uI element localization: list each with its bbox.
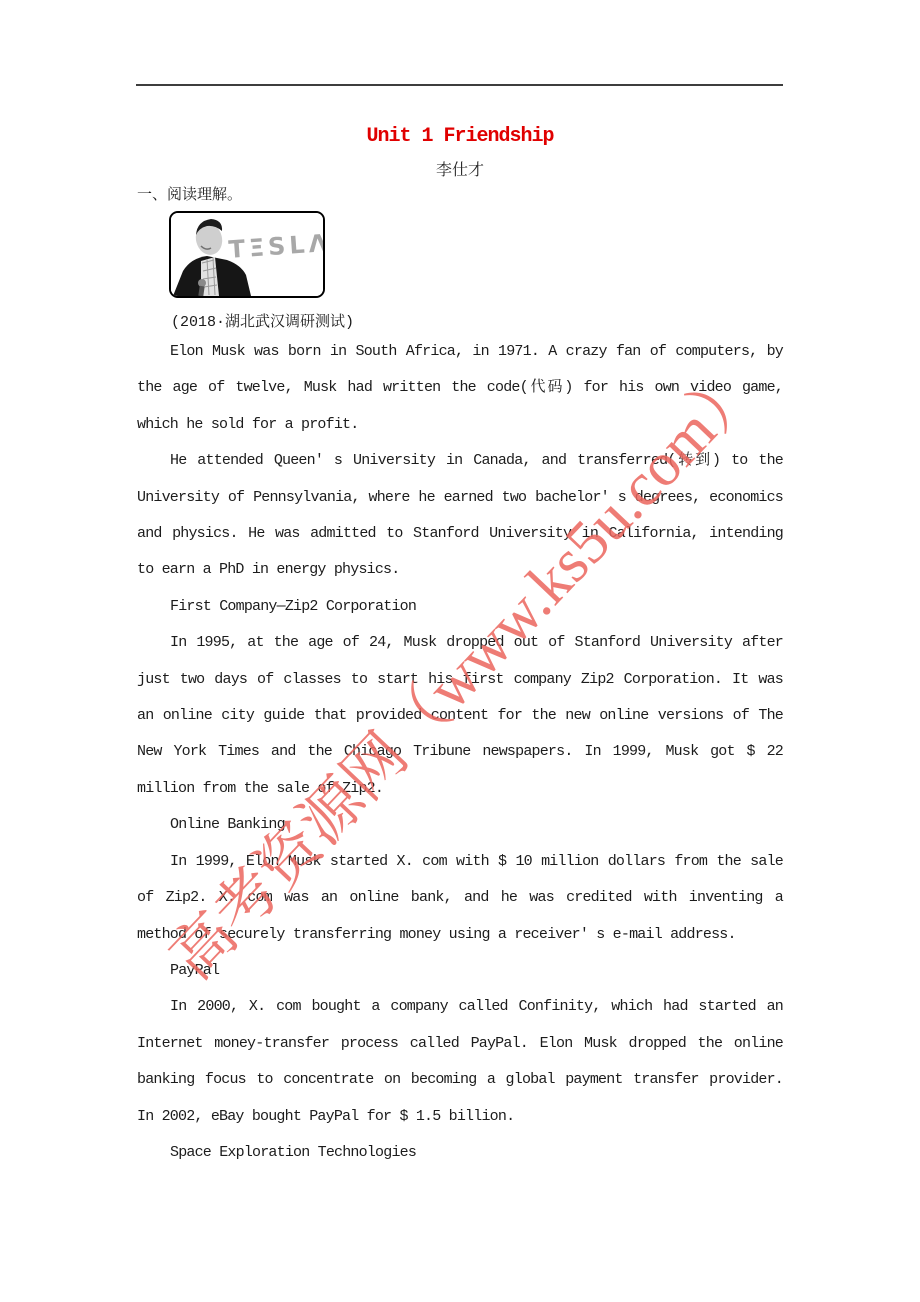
article-image: TΞSLΛ	[169, 211, 325, 298]
paragraph: In 1999, Elon Musk started X. com with $…	[137, 844, 783, 953]
author-name: 李仕才	[137, 160, 783, 182]
document-page: Unit 1 Friendship 李仕才 一、阅读理解。 TΞSLΛ (201…	[0, 0, 920, 1302]
section-heading: 一、阅读理解。	[137, 186, 242, 206]
page-title: Unit 1 Friendship	[137, 123, 783, 151]
paragraph: He attended Queen' s University in Canad…	[137, 443, 783, 589]
paragraph: In 1995, at the age of 24, Musk dropped …	[137, 625, 783, 807]
paragraph: In 2000, X. com bought a company called …	[137, 989, 783, 1135]
article-body: Elon Musk was born in South Africa, in 1…	[137, 334, 783, 1171]
musk-photo: TΞSLΛ	[171, 213, 323, 296]
subheading: First Company—Zip2 Corporation	[137, 589, 783, 625]
subheading: Online Banking	[137, 807, 783, 843]
source-line: (2018·湖北武汉调研测试)	[171, 312, 354, 333]
subheading: PayPal	[137, 953, 783, 989]
subheading: Space Exploration Technologies	[137, 1135, 783, 1171]
header-rule	[136, 84, 783, 86]
paragraph: Elon Musk was born in South Africa, in 1…	[137, 334, 783, 443]
